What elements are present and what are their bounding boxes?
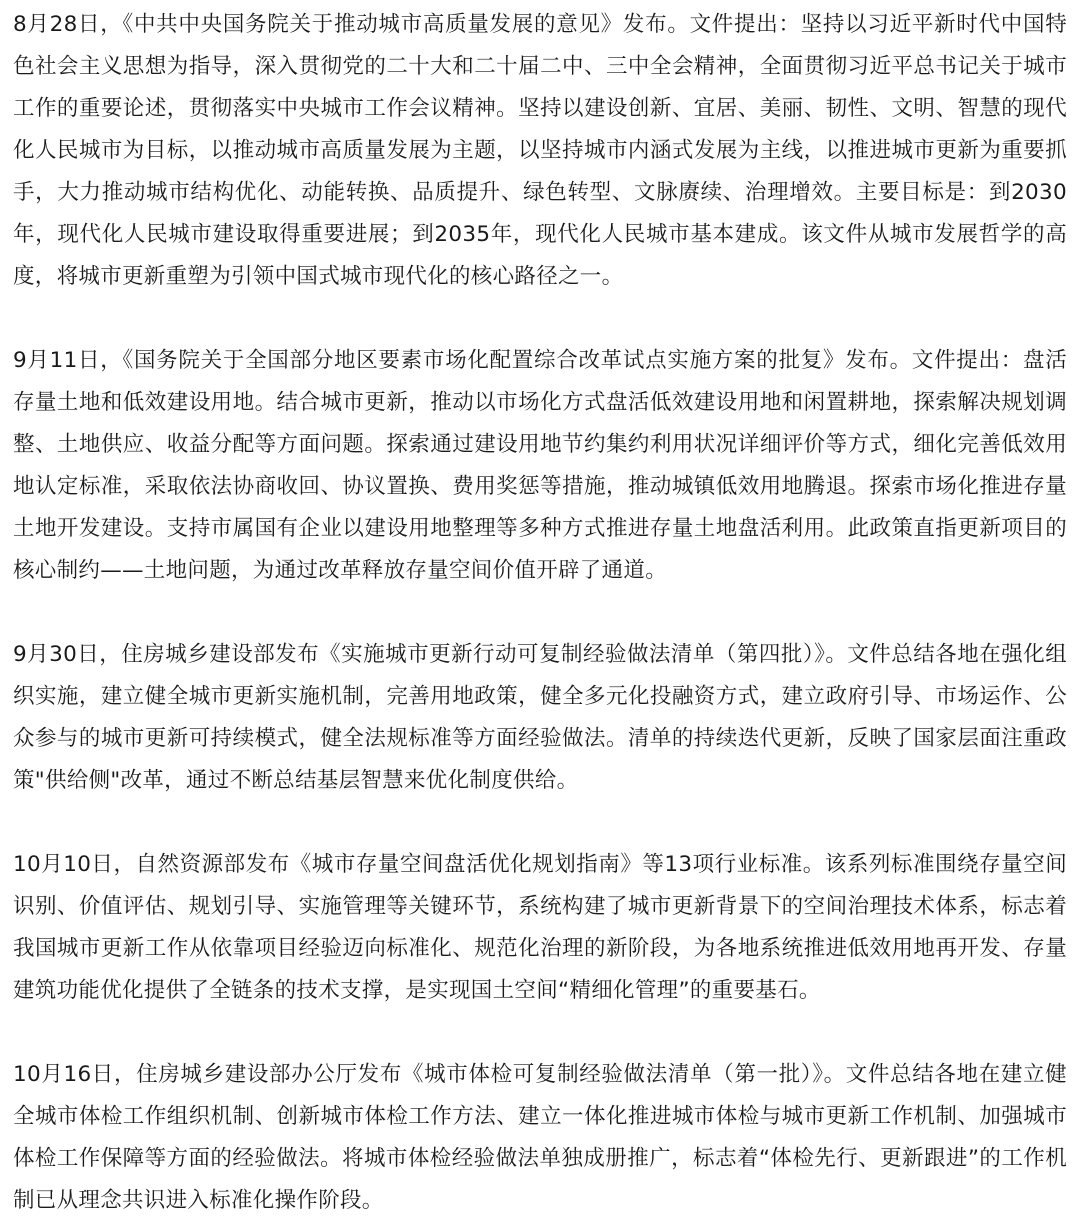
paragraph-oct-10: 10月10日，自然资源部发布《城市存量空间盘活优化规划指南》等13项行业标准。该… bbox=[13, 844, 1067, 1012]
paragraph-aug-28: 8月28日，《中共中央国务院关于推动城市高质量发展的意见》发布。文件提出：坚持以… bbox=[13, 4, 1067, 298]
paragraph-sep-30: 9月30日，住房城乡建设部发布《实施城市更新行动可复制经验做法清单（第四批）》。… bbox=[13, 634, 1067, 802]
article-body: 8月28日，《中共中央国务院关于推动城市高质量发展的意见》发布。文件提出：坚持以… bbox=[0, 0, 1080, 1222]
paragraph-oct-16: 10月16日，住房城乡建设部办公厅发布《城市体检可复制经验做法清单（第一批）》。… bbox=[13, 1054, 1067, 1222]
paragraph-sep-11: 9月11日，《国务院关于全国部分地区要素市场化配置综合改革试点实施方案的批复》发… bbox=[13, 340, 1067, 592]
